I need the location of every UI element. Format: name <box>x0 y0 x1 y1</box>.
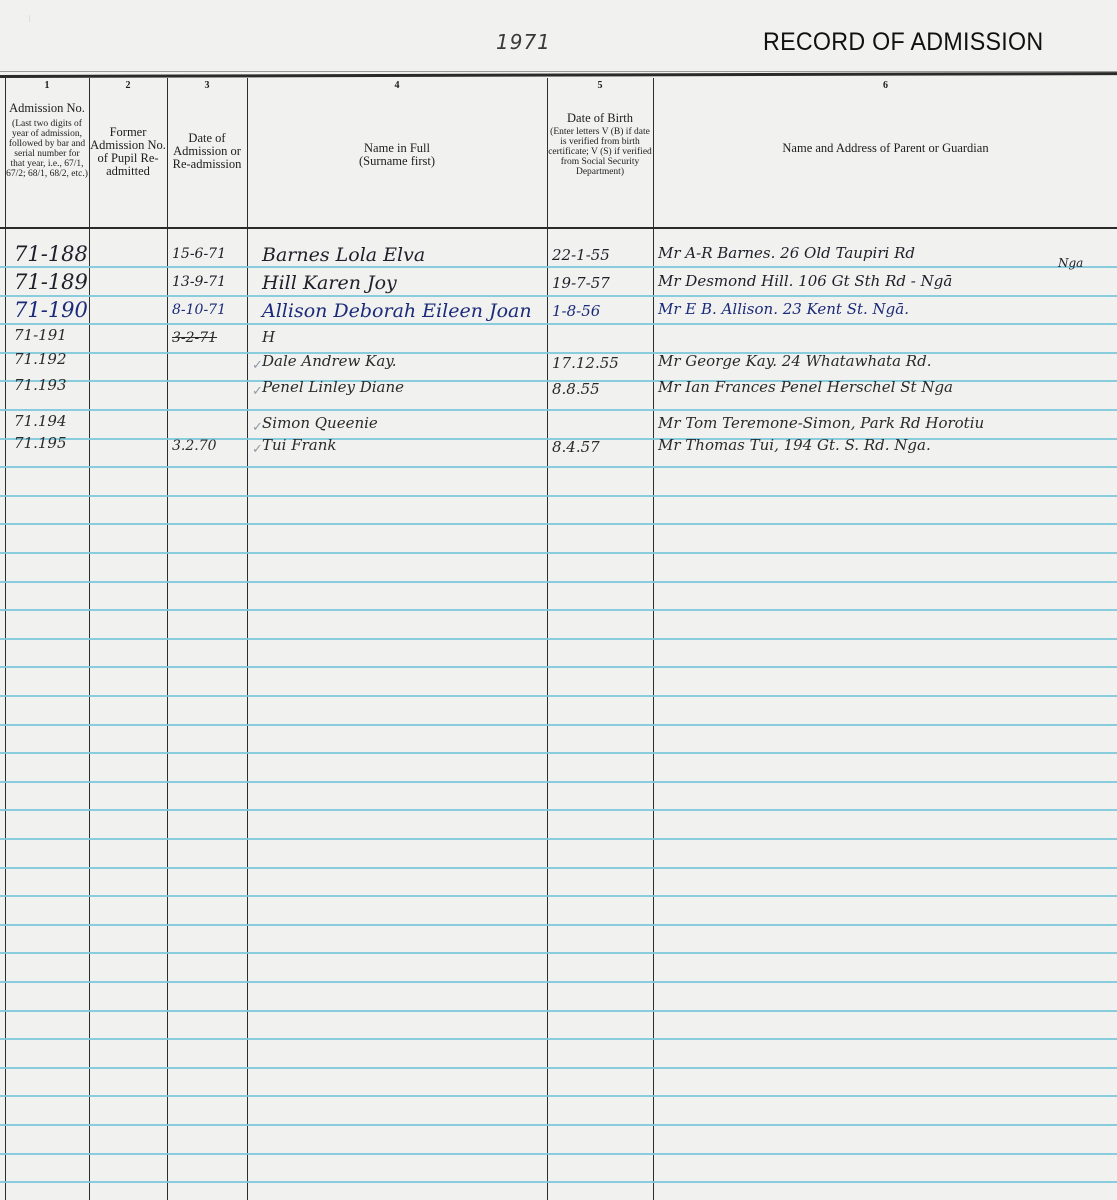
cell-name-in-full: H <box>262 328 275 346</box>
ruled-line <box>0 752 1117 754</box>
cell-parent-guardian: Mr Tom Teremone-Simon, Park Rd Horotiu <box>658 414 984 432</box>
cell-admission-no: 71-191 <box>14 326 67 344</box>
ruled-line <box>0 323 1117 325</box>
column-header-date-of-admission: 3 Date of Admission or Re-admission <box>168 80 246 171</box>
ruled-line <box>0 1010 1117 1012</box>
cell-date-of-birth: 8.4.57 <box>552 438 600 456</box>
ruled-line <box>0 552 1117 554</box>
cell-admission-no: 71-188 <box>14 242 88 266</box>
cell-parent-guardian: Mr A-R Barnes. 26 Old Taupiri Rd <box>658 244 915 262</box>
cell-name-in-full: Allison Deborah Eileen Joan <box>262 300 532 322</box>
cell-name-in-full: Barnes Lola Elva <box>262 244 425 266</box>
cell-admission-no: 71.194 <box>14 412 67 430</box>
admission-register-page: ⁝ 1971 RECORD OF ADMISSION 1 Admission N… <box>0 0 1117 1200</box>
cell-date-of-admission: 13-9-71 <box>172 274 226 290</box>
ruled-line <box>0 266 1117 268</box>
ruled-line <box>0 809 1117 811</box>
cell-name-in-full: Tui Frank <box>262 436 337 454</box>
year-label: 1971 <box>496 30 551 54</box>
cell-parent-guardian: Mr E B. Allison. 23 Kent St. Ngā. <box>658 300 909 318</box>
ruled-line <box>0 666 1117 668</box>
cell-parent-guardian: Mr Desmond Hill. 106 Gt Sth Rd - Ngā <box>658 272 952 290</box>
column-header-parent-guardian: 6 Name and Address of Parent or Guardian <box>654 80 1117 155</box>
ruled-line <box>0 952 1117 954</box>
page-smudge: ⁝ <box>28 14 50 54</box>
ruled-line <box>0 609 1117 611</box>
ruled-line <box>0 867 1117 869</box>
cell-name-in-full: Simon Queenie <box>262 414 378 432</box>
ruled-line <box>0 1181 1117 1183</box>
cell-parent-guardian-extra: Nga <box>1058 256 1083 270</box>
ruled-line <box>0 523 1117 525</box>
cell-parent-guardian: Mr George Kay. 24 Whatawhata Rd. <box>658 352 931 370</box>
page-title: RECORD OF ADMISSION <box>763 28 1043 57</box>
ruled-line <box>0 1095 1117 1097</box>
cell-date-of-birth: 22-1-55 <box>552 246 610 264</box>
cell-date-of-admission: 8-10-71 <box>172 302 226 318</box>
cell-name-in-full: Hill Karen Joy <box>262 272 397 294</box>
cell-date-of-birth: 8.8.55 <box>552 380 600 398</box>
cell-parent-guardian: Mr Thomas Tui, 194 Gt. S. Rd. Nga. <box>658 436 931 454</box>
cell-date-of-admission: 3.2.70 <box>172 438 217 454</box>
cell-date-of-birth: 17.12.55 <box>552 354 619 372</box>
cell-name-in-full: Dale Andrew Kay. <box>262 352 397 370</box>
ruled-line <box>0 409 1117 411</box>
ruled-line <box>0 638 1117 640</box>
ruled-line <box>0 1124 1117 1126</box>
ruled-line <box>0 1067 1117 1069</box>
ruled-line <box>0 838 1117 840</box>
ruled-line <box>0 924 1117 926</box>
ruled-line <box>0 1153 1117 1155</box>
column-header-date-of-birth: 5 Date of Birth (Enter letters V (B) if … <box>548 80 652 177</box>
column-header-former-admission-no: 2 Former Admission No. of Pupil Re-admit… <box>90 80 166 178</box>
ruled-line <box>0 981 1117 983</box>
cell-date-of-admission: 15-6-71 <box>172 246 226 262</box>
ruled-line <box>0 495 1117 497</box>
cell-date-of-birth: 1-8-56 <box>552 302 600 320</box>
ruled-line <box>0 466 1117 468</box>
cell-admission-no: 71.193 <box>14 376 67 394</box>
column-header-admission-no: 1 Admission No. (Last two digits of year… <box>6 80 88 179</box>
column-header-name-in-full: 4 Name in Full (Surname first) <box>248 80 546 168</box>
ruled-line <box>0 781 1117 783</box>
ruled-line <box>0 295 1117 297</box>
ruled-line <box>0 724 1117 726</box>
cell-admission-no: 71-189 <box>14 270 88 294</box>
cell-name-in-full: Penel Linley Diane <box>262 378 404 396</box>
ruled-line <box>0 695 1117 697</box>
ruled-line <box>0 895 1117 897</box>
cell-admission-no: 71-190 <box>14 298 88 322</box>
ruled-line <box>0 581 1117 583</box>
cell-admission-no: 71.195 <box>14 434 67 452</box>
cell-date-of-birth: 19-7-57 <box>552 274 610 292</box>
cell-parent-guardian: Mr Ian Frances Penel Herschel St Nga <box>658 378 953 396</box>
cell-admission-no: 71.192 <box>14 350 67 368</box>
ruled-line <box>0 1038 1117 1040</box>
cell-date-of-admission: 3-2-71 <box>172 330 217 346</box>
